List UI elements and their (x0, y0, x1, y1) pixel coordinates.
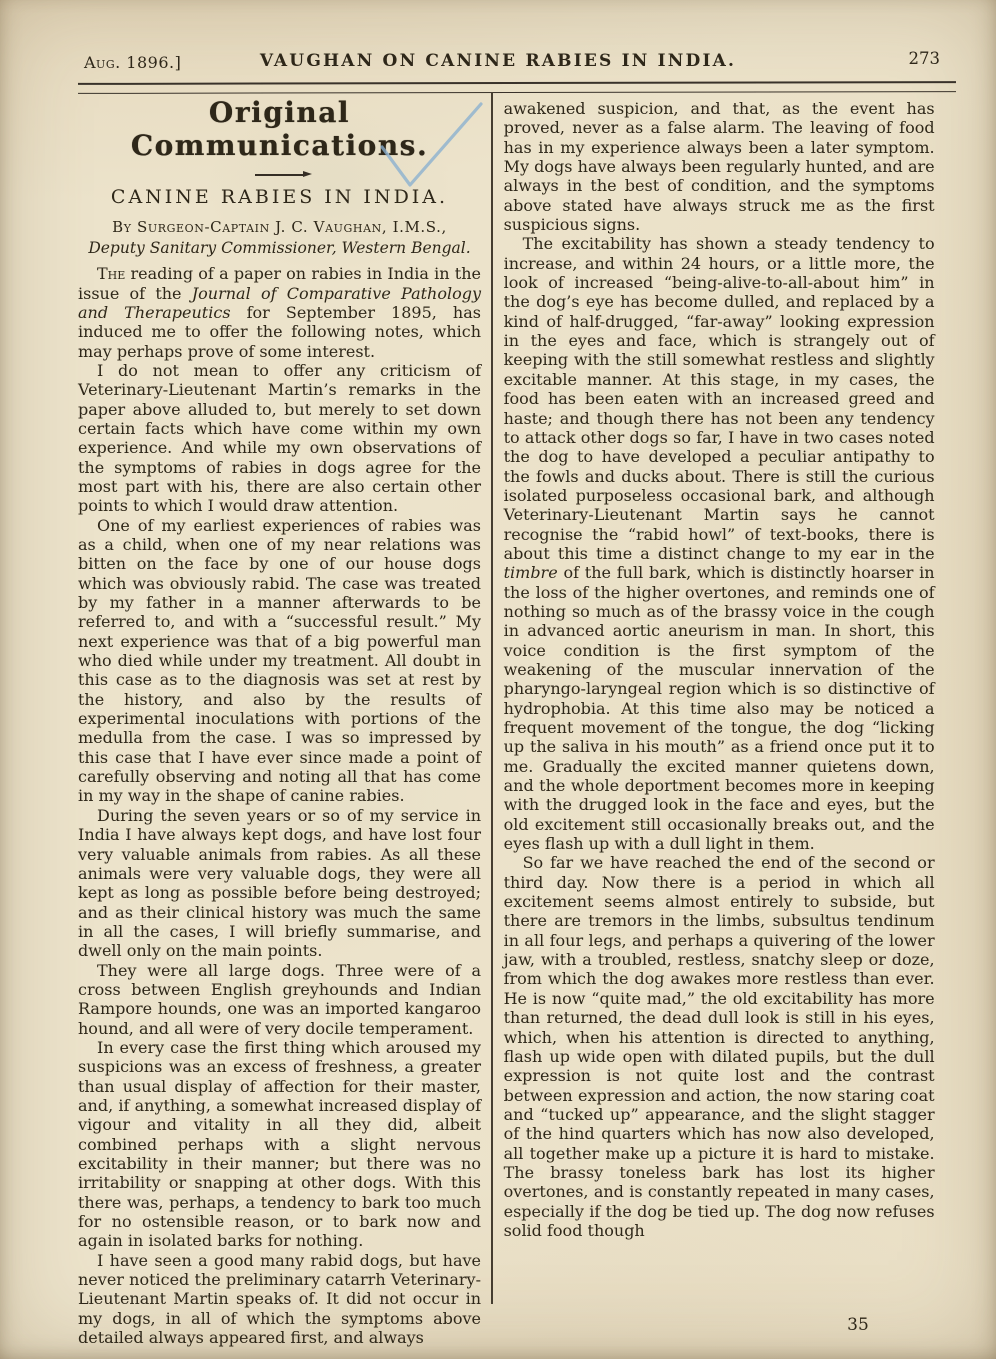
running-head: Aug. 1896.] VAUGHAN ON CANINE RABIES IN … (0, 0, 996, 80)
running-head-title: VAUGHAN ON CANINE RABIES IN INDIA. (0, 51, 996, 71)
text-segment: awakened suspicion, and that, as the eve… (504, 99, 935, 234)
paragraph: The reading of a paper on rabies in Indi… (78, 264, 481, 361)
two-column-text: Original Communications. CANINE RABIES I… (78, 92, 956, 1347)
paragraph: awakened suspicion, and that, as the eve… (504, 99, 935, 234)
text-segment: I do not mean to offer any criticism of … (78, 361, 481, 515)
journal-page: Aug. 1896.] VAUGHAN ON CANINE RABIES IN … (0, 0, 996, 1359)
left-column: Original Communications. CANINE RABIES I… (78, 92, 481, 1347)
text-segment: The (97, 264, 125, 283)
paragraph: So far we have reached the end of the se… (504, 853, 935, 1240)
byline-affiliation: Deputy Sanitary Commissioner, Western Be… (78, 239, 481, 257)
paragraph: The excitability has shown a steady tend… (504, 234, 935, 853)
running-head-page-number: 273 (909, 49, 941, 68)
text-segment: So far we have reached the end of the se… (504, 853, 935, 1240)
ornamental-rule (255, 174, 305, 176)
byline: By Surgeon-Captain J. C. Vaughan, I.M.S.… (78, 218, 481, 236)
text-segment: of the full bark, which is distinctly ho… (504, 563, 935, 853)
right-column-body: awakened suspicion, and that, as the eve… (504, 99, 935, 1240)
paragraph: In every case the first thing which arou… (78, 1038, 481, 1251)
article-title: CANINE RABIES IN INDIA. (78, 186, 481, 208)
section-title: Original Communications. (78, 96, 481, 162)
column-divider-rule (491, 92, 493, 1304)
text-segment: timbre (504, 563, 558, 582)
right-column: awakened suspicion, and that, as the eve… (504, 92, 935, 1240)
paragraph: I do not mean to offer any criticism of … (78, 361, 481, 516)
text-segment: I have seen a good many rabid dogs, but … (78, 1251, 481, 1347)
left-column-body: The reading of a paper on rabies in Indi… (78, 264, 481, 1347)
paragraph: I have seen a good many rabid dogs, but … (78, 1251, 481, 1348)
text-segment: One of my earliest experiences of rabies… (78, 516, 481, 806)
text-segment: During the seven years or so of my servi… (78, 806, 481, 960)
paragraph: They were all large dogs. Three were of … (78, 961, 481, 1038)
signature-number: 35 (838, 1315, 878, 1335)
text-segment: They were all large dogs. Three were of … (78, 961, 481, 1038)
paragraph: One of my earliest experiences of rabies… (78, 516, 481, 806)
paragraph: During the seven years or so of my servi… (78, 806, 481, 961)
text-segment: In every case the first thing which arou… (78, 1038, 481, 1250)
text-segment: The excitability has shown a steady tend… (504, 234, 935, 563)
